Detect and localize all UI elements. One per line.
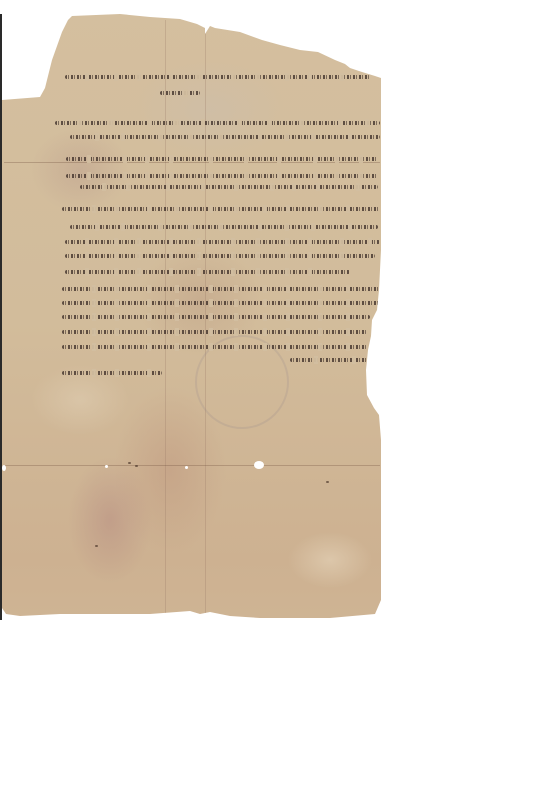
handwritten-ink bbox=[66, 174, 378, 178]
handwritten-ink bbox=[290, 358, 388, 362]
manuscript-body-line bbox=[62, 328, 367, 336]
handwritten-ink bbox=[160, 91, 200, 95]
manuscript-signature-line bbox=[290, 356, 388, 364]
manuscript-body-line bbox=[62, 205, 380, 213]
paper-hole bbox=[2, 465, 6, 471]
manuscript-body-line bbox=[62, 343, 367, 351]
manuscript-paper bbox=[0, 0, 549, 800]
horizontal-fold-crease bbox=[4, 465, 380, 466]
ink-speck bbox=[95, 545, 98, 547]
manuscript-footer-line bbox=[62, 369, 162, 377]
handwritten-ink bbox=[62, 315, 370, 319]
manuscript-body-line bbox=[66, 155, 378, 163]
scan-page bbox=[0, 0, 549, 800]
handwritten-ink bbox=[62, 207, 380, 211]
manuscript-header-line bbox=[65, 73, 370, 81]
manuscript-header-line bbox=[160, 89, 200, 97]
paper-hole bbox=[254, 461, 264, 469]
manuscript-body-line bbox=[65, 238, 380, 246]
manuscript-body-line bbox=[65, 268, 350, 276]
handwritten-ink bbox=[62, 301, 380, 305]
paper-hole bbox=[105, 465, 108, 468]
manuscript-body-line bbox=[80, 183, 378, 191]
manuscript-body-line bbox=[70, 133, 380, 141]
manuscript-body-line bbox=[70, 223, 378, 231]
manuscript-body-line bbox=[62, 299, 380, 307]
handwritten-ink bbox=[65, 254, 375, 258]
ink-speck bbox=[135, 465, 138, 467]
manuscript-body-line bbox=[66, 172, 378, 180]
handwritten-ink bbox=[65, 75, 370, 79]
ink-speck bbox=[326, 481, 329, 483]
ink-speck bbox=[128, 462, 131, 464]
paper-hole bbox=[185, 466, 188, 469]
manuscript-body-line bbox=[62, 285, 380, 293]
manuscript-body-line bbox=[62, 313, 370, 321]
scanner-edge-strip bbox=[0, 14, 2, 620]
handwritten-ink bbox=[65, 240, 380, 244]
handwritten-ink bbox=[66, 157, 378, 161]
manuscript-body-line bbox=[55, 119, 380, 127]
handwritten-ink bbox=[70, 135, 380, 139]
handwritten-ink bbox=[55, 121, 380, 125]
manuscript-body-line bbox=[65, 252, 375, 260]
handwritten-ink bbox=[80, 185, 378, 189]
handwritten-ink bbox=[62, 287, 380, 291]
handwritten-ink bbox=[70, 225, 378, 229]
